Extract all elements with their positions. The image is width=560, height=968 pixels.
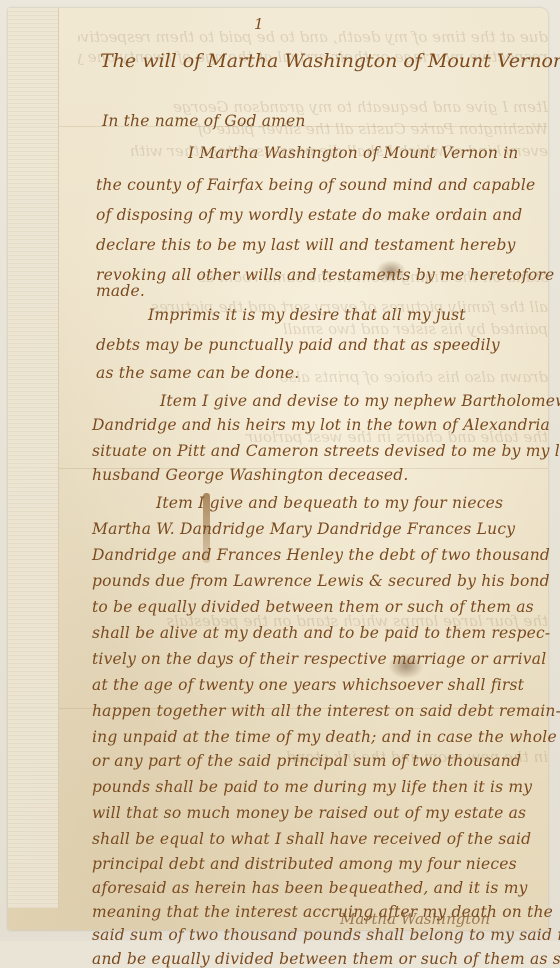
text-line: tively on the days of their respective m… <box>92 650 546 668</box>
text-line: happen together with all the interest on… <box>92 702 560 720</box>
text-line: debts may be punctually paid and that as… <box>96 336 500 354</box>
text-line: Imprimis it is my desire that all my jus… <box>148 306 466 324</box>
text-line: aforesaid as herein has been bequeathed,… <box>92 879 528 897</box>
text-line: situate on Pitt and Cameron streets devi… <box>92 442 560 460</box>
text-line: of disposing of my wordly estate do make… <box>96 206 522 224</box>
text-line: will that so much money be raised out of… <box>92 804 526 822</box>
text-line: principal debt and distributed among my … <box>92 855 517 873</box>
text-line: the county of Fairfax being of sound min… <box>96 176 535 194</box>
text-line: at the age of twenty one years whichsoev… <box>92 676 524 694</box>
invocation: In the name of God amen <box>102 112 306 130</box>
text-line: to be equally divided between them or su… <box>92 598 534 616</box>
text-line: Dandridge and Frances Henley the debt of… <box>92 546 550 564</box>
text-line: Item I give and bequeath to my four niec… <box>156 494 503 512</box>
text-line: I Martha Washington of Mount Vernon in <box>188 144 518 162</box>
text-line: Dandridge and his heirs my lot in the to… <box>92 416 550 434</box>
text-line: or any part of the said principal sum of… <box>92 752 521 770</box>
text-line: revoking all other wills and testaments … <box>96 266 554 284</box>
text-line: pounds due from Lawrence Lewis & secured… <box>92 572 550 590</box>
text-line: shall be alive at my death and to be pai… <box>92 624 550 642</box>
text-line: Item I give and devise to my nephew Bart… <box>160 392 560 410</box>
text-line: ing unpaid at the time of my death; and … <box>92 728 557 746</box>
text-line: declare this to be my last will and test… <box>96 236 516 254</box>
signature: Martha Washington <box>340 910 490 928</box>
text-line: husband George Washington deceased. <box>92 466 409 484</box>
document-title: The will of Martha Washington of Mount V… <box>100 50 560 72</box>
text-line: shall be equal to what I shall have rece… <box>92 830 531 848</box>
text-line: Martha W. Dandridge Mary Dandridge Franc… <box>92 520 515 538</box>
text-line: pounds shall be paid to me during my lif… <box>92 778 532 796</box>
text-line: made. <box>96 282 145 300</box>
page-number: 1 <box>254 15 264 33</box>
text-line: said sum of two thousand pounds shall be… <box>92 926 560 941</box>
text-line: as the same can be done. <box>96 364 299 382</box>
bleed-through-text: due at the time of my death, and to be p… <box>78 28 548 46</box>
binding-guard-strip <box>8 8 59 908</box>
